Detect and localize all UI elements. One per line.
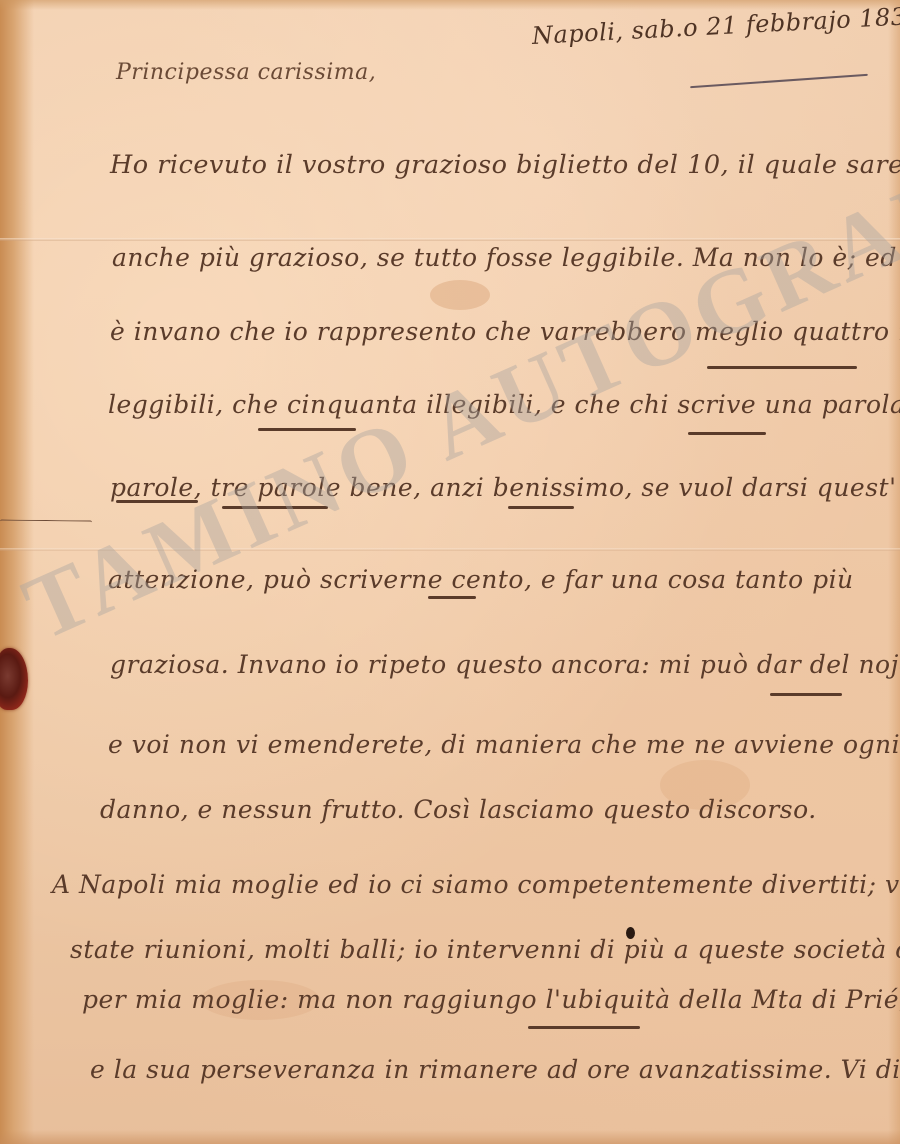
letter-line-13: e la sua perseveranza in rimanere ad ore… (90, 1055, 900, 1084)
letter-line-4: leggibili, che cinquanta illegibili, e c… (108, 390, 900, 419)
underline-benissimo (508, 506, 574, 509)
underline-parole (116, 500, 198, 503)
fold-crease (0, 548, 900, 551)
underline-tre-parole (222, 506, 328, 509)
letter-salutation: Principessa carissima, (116, 60, 376, 85)
underline-cento (428, 596, 476, 599)
letter-line-5: parole, tre parole bene, anzi benissimo,… (110, 473, 896, 502)
letter-line-6: attenzione, può scriverne cento, e far u… (108, 565, 854, 594)
underline-quattro-righe (707, 366, 857, 369)
underline-parola (688, 432, 766, 435)
aged-left-edge (0, 0, 34, 1144)
letter-line-2: anche più grazioso, se tutto fosse leggi… (112, 243, 897, 272)
letter-line-1: Ho ricevuto il vostro grazioso biglietto… (110, 150, 900, 179)
letter-line-10: A Napoli mia moglie ed io ci siamo compe… (52, 870, 900, 899)
aged-top-edge (0, 0, 900, 10)
dateline-underline (690, 74, 868, 88)
paper-stain (430, 280, 490, 310)
letter-line-7: graziosa. Invano io ripeto questo ancora… (110, 650, 900, 679)
letter-line-8: e voi non vi emenderete, di maniera che … (108, 730, 900, 759)
underline-nojoso (770, 693, 842, 696)
letter-line-9: danno, e nessun frutto. Così lasciamo qu… (100, 795, 817, 824)
fold-crease (0, 238, 900, 241)
letter-line-3: è invano che io rappresento che varrebbe… (110, 317, 900, 346)
underline-ubiquita (528, 1026, 640, 1029)
aged-bottom-edge (0, 1130, 900, 1144)
underline-cinquanta (258, 428, 356, 431)
letter-sheet: Napoli, sab.o 21 febbrajo 1835 Principes… (0, 0, 900, 1144)
letter-line-12: per mia moglie: ma non raggiungo l'ubiqu… (82, 985, 900, 1014)
letter-line-11: state riunioni, molti balli; io interven… (70, 935, 900, 964)
